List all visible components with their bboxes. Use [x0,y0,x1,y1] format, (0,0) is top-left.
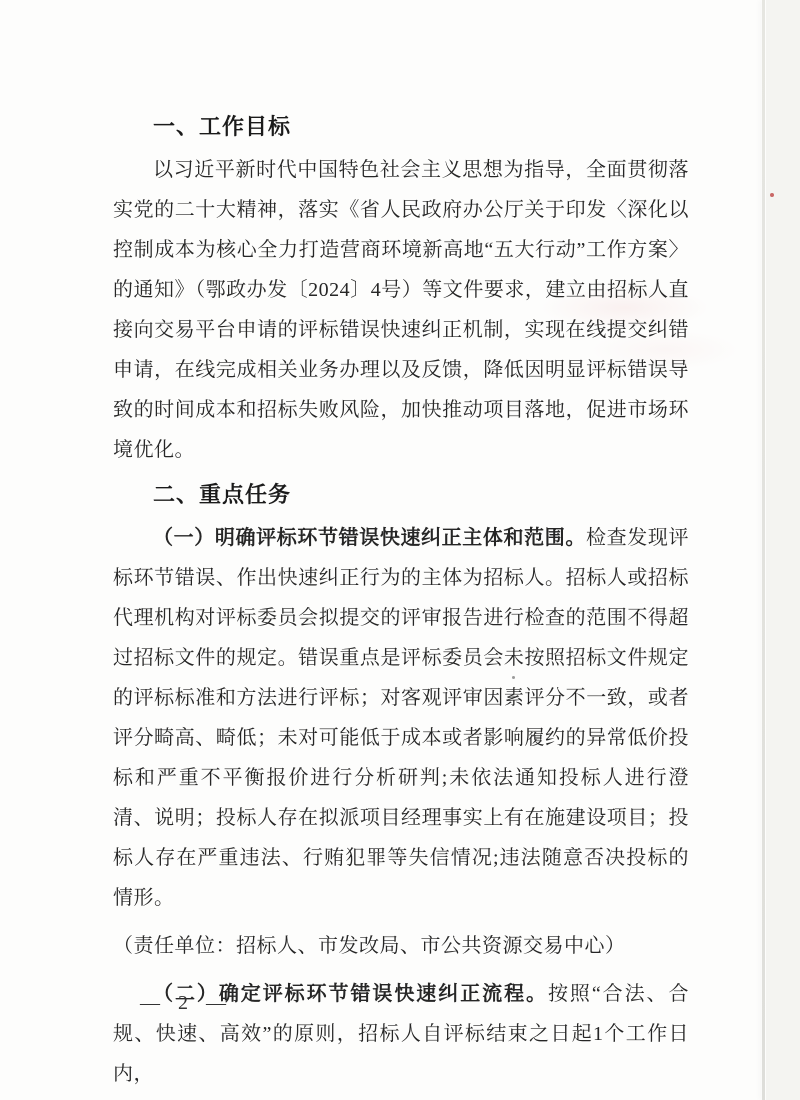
scan-paper-edge-strip [766,0,800,1100]
document-body: 一、工作目标 以习近平新时代中国特色社会主义思想为指导，全面贯彻落实党的二十大精… [113,112,689,1100]
page-number: — 2 — [140,992,226,1015]
task-1-text: 检查发现评标环节错误、作出快速纠正行为的主体为招标人。招标人或招标代理机构对评标… [113,527,689,909]
responsible-units-line: （责任单位：招标人、市发改局、市公共资源交易中心） [113,926,689,966]
paragraph-task-1: （一）明确评标环节错误快速纠正主体和范围。检查发现评标环节错误、作出快速纠正行为… [113,518,689,918]
scanned-document-page: 一、工作目标 以习近平新时代中国特色社会主义思想为指导，全面贯彻落实党的二十大精… [0,0,800,1100]
paragraph-work-goals: 以习近平新时代中国特色社会主义思想为指导，全面贯彻落实党的二十大精神，落实《省人… [113,150,689,470]
section-heading-key-tasks: 二、重点任务 [153,480,689,510]
scan-red-speck [770,193,774,197]
scan-paper-edge-line [762,0,765,1100]
task-1-lead: （一）明确评标环节错误快速纠正主体和范围。 [153,527,586,549]
section-heading-work-goals: 一、工作目标 [153,112,689,142]
